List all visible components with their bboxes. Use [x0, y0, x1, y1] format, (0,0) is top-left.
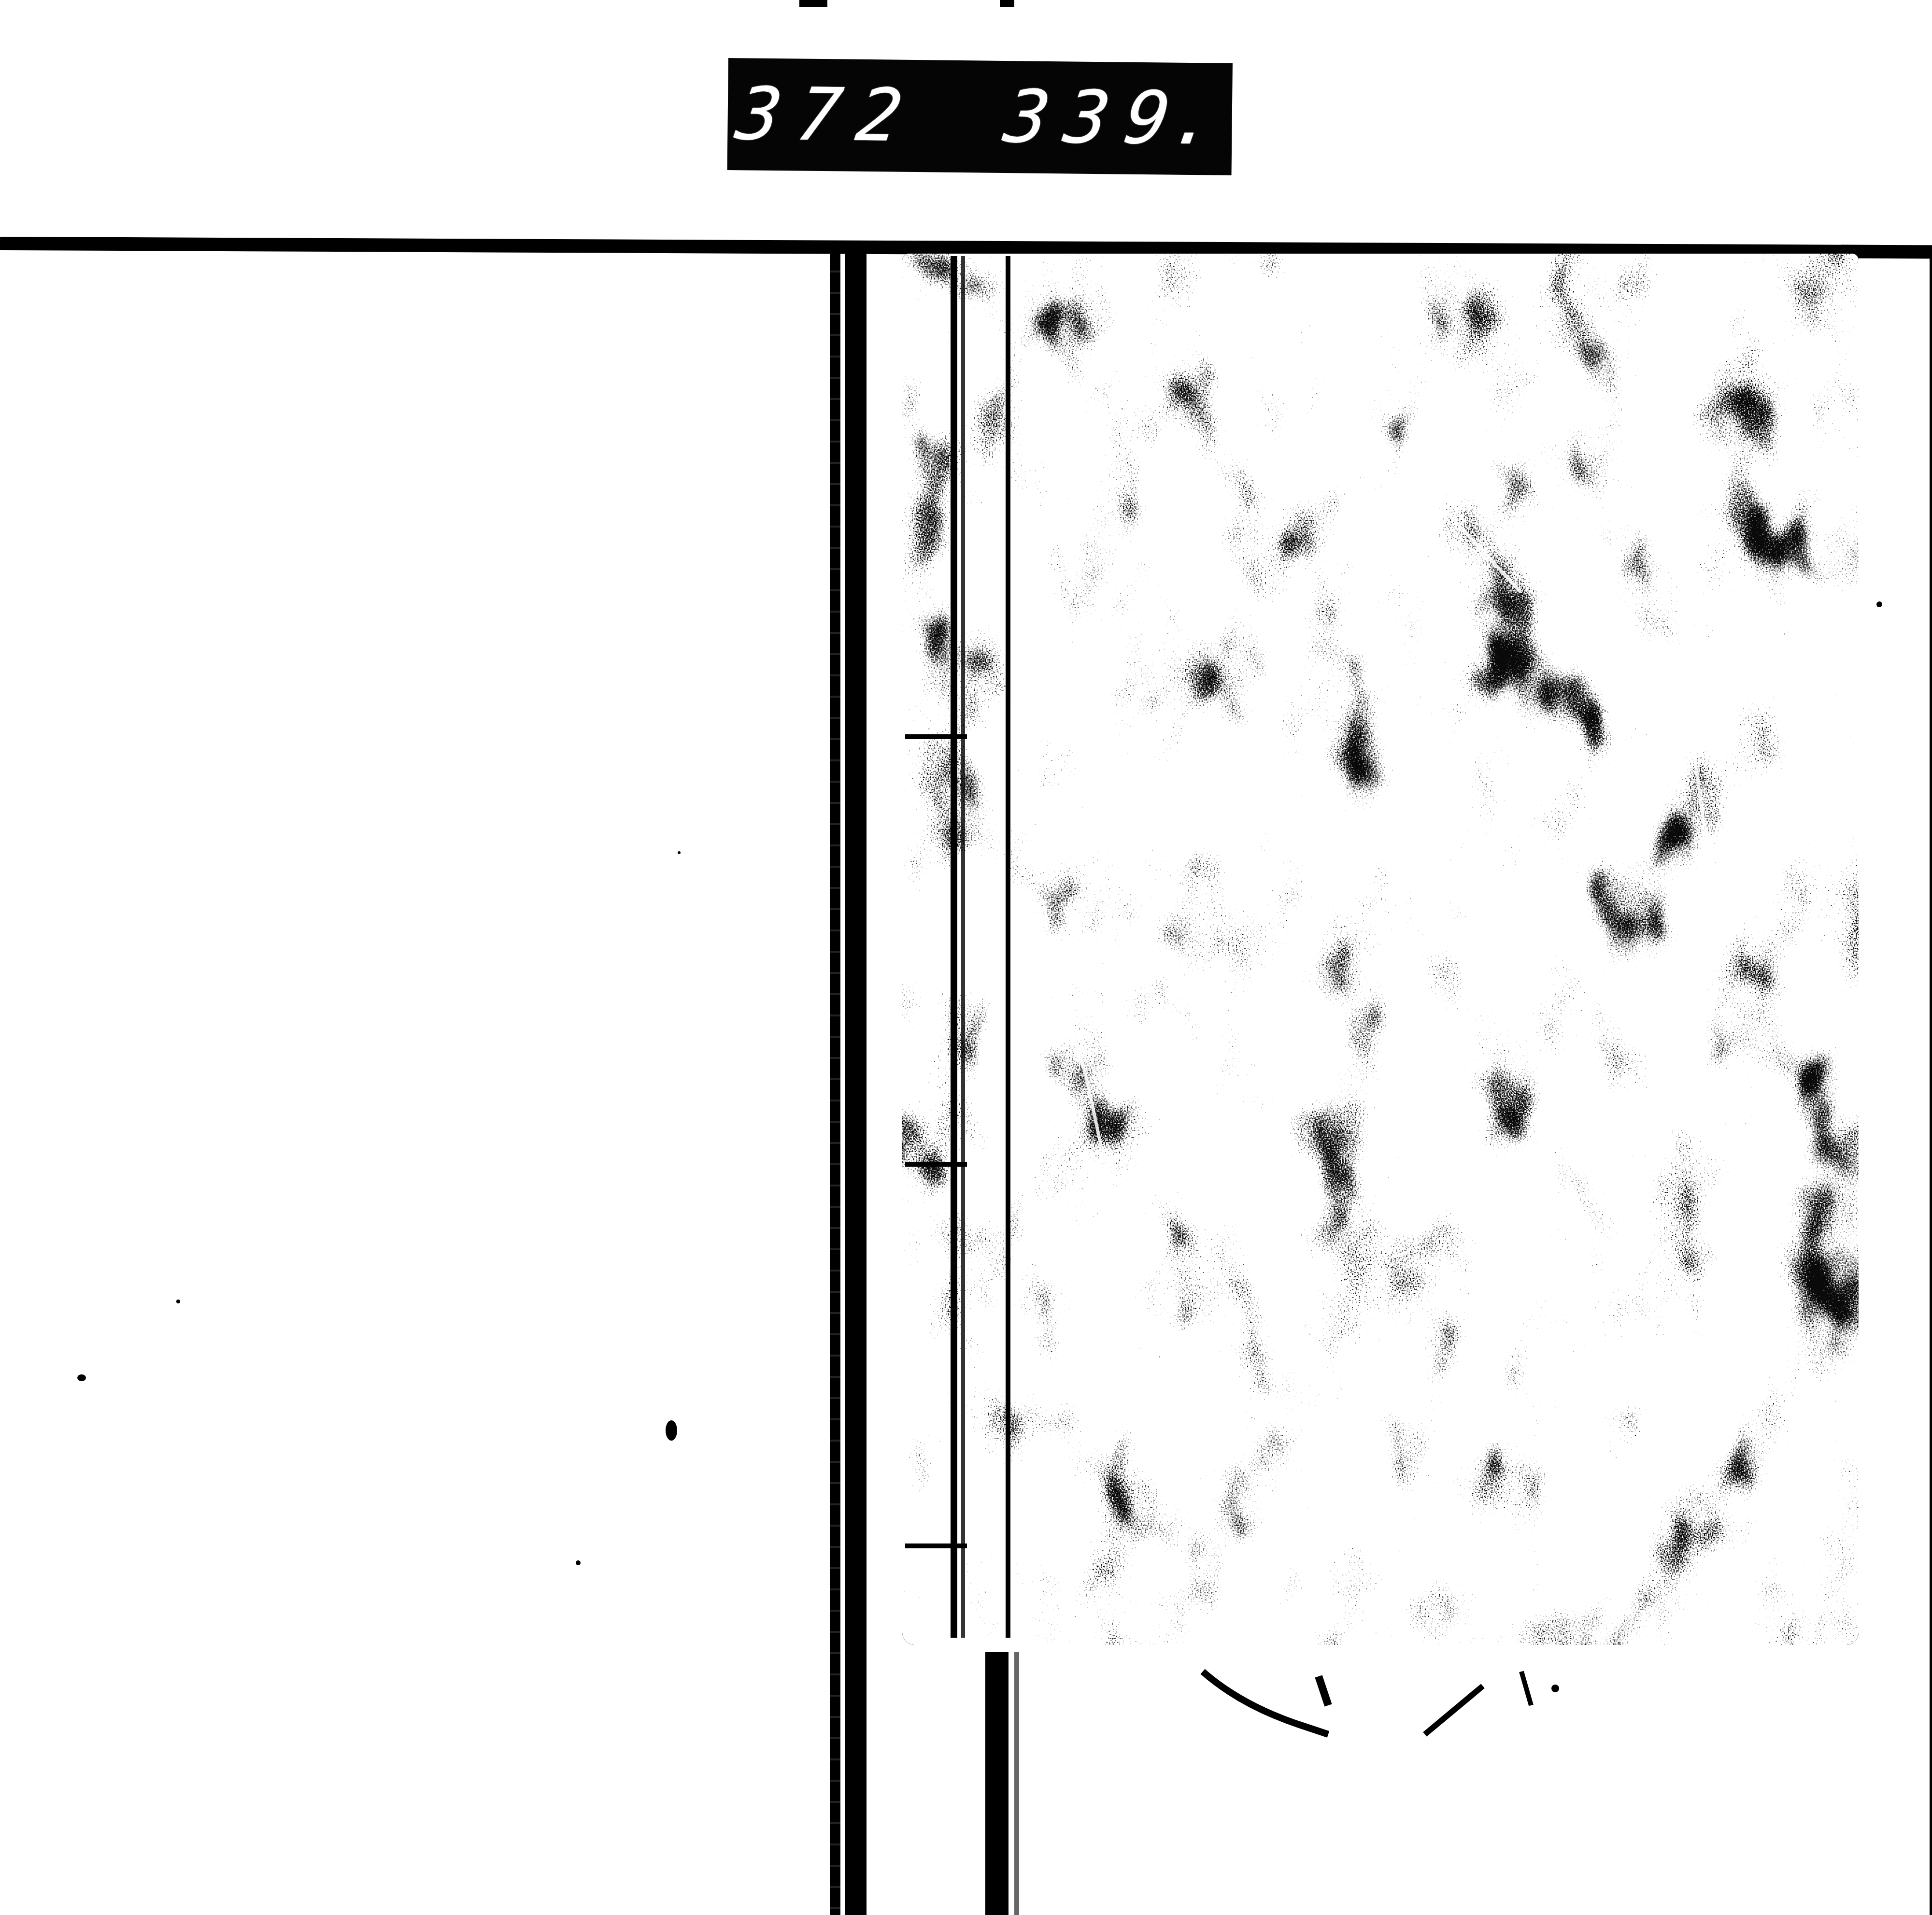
counter-digit: 2	[852, 79, 909, 152]
film-gutter-edge	[830, 251, 840, 1915]
binding-stitch	[905, 1162, 967, 1167]
binding-stitch	[905, 734, 967, 739]
top-edge-mark-left	[799, 0, 827, 7]
film-speck	[77, 1374, 86, 1381]
counter-digit: 3	[732, 78, 789, 151]
spine-fold-line	[1006, 256, 1010, 1638]
counter-digit: 9.	[1120, 82, 1224, 156]
film-speck	[1876, 601, 1882, 607]
counter-digit: 3	[1000, 81, 1057, 154]
counter-left-number: 3 7 2	[732, 78, 909, 152]
counter-right-number: 3 3 9.	[1000, 81, 1224, 155]
counter-digit: 7	[792, 79, 850, 152]
film-speck	[176, 1300, 180, 1303]
top-edge-mark-right	[1000, 0, 1014, 7]
film-speck	[576, 1560, 581, 1565]
film-speck	[678, 851, 681, 854]
binding-stitch	[905, 1543, 967, 1548]
film-speck	[666, 1420, 677, 1441]
book-bottom-strap-edge	[1014, 1652, 1019, 1915]
frame-counter-strip: 3 7 2 3 3 9.	[727, 58, 1233, 175]
counter-digit: 3	[1060, 81, 1117, 154]
frame-right-border	[1930, 251, 1932, 1915]
torn-page-edges	[1183, 1652, 1579, 1749]
spine-stitch-line	[951, 256, 957, 1638]
book-bottom-strap	[985, 1652, 1009, 1915]
book-cover-image	[902, 254, 1859, 1645]
spine-stitch-line	[961, 256, 965, 1638]
film-gutter-bar	[845, 251, 867, 1915]
